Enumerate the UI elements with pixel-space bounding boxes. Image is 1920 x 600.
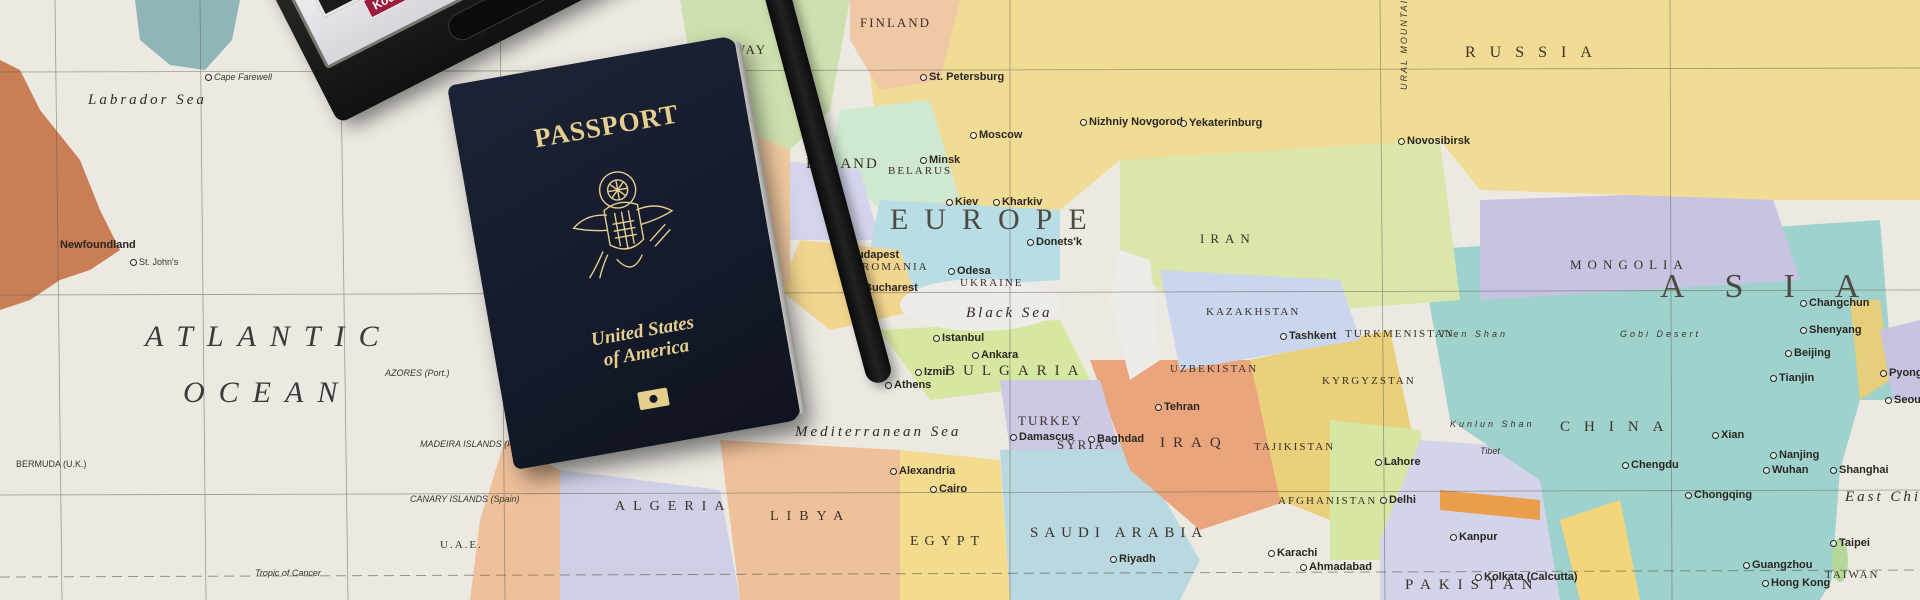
passport-country: United States of America <box>532 302 756 384</box>
city-baghdad: Baghdad <box>1088 434 1144 445</box>
label-turkey: BULGARIA <box>945 364 1087 379</box>
label-gobi-desert: Gobi Desert <box>1620 330 1701 339</box>
city-tianjin: Tianjin <box>1770 373 1814 384</box>
label-saudi-arabia: SAUDI ARABIA <box>1030 526 1208 541</box>
label-finland: FINLAND <box>860 16 931 29</box>
city-kiev: Kiev <box>946 197 978 208</box>
city-hong-kong: Hong Kong <box>1762 578 1830 589</box>
city-athens: Athens <box>885 380 931 391</box>
city-changchun: Changchun <box>1800 298 1870 309</box>
city-minsk: Minsk <box>920 155 960 166</box>
city-damascus: Damascus <box>1010 432 1074 443</box>
label-tropic-cancer: Tropic of Cancer <box>255 569 321 578</box>
city-donetsk: Donets'k <box>1027 237 1082 248</box>
city-odesa: Odesa <box>948 266 991 277</box>
label-western-sahara: U.A.E. <box>440 540 483 551</box>
biometric-chip-icon <box>637 387 670 410</box>
city-alexandria: Alexandria <box>890 466 955 477</box>
city-ahmadabad: Ahmadabad <box>1300 562 1372 573</box>
label-china: CHINA <box>1560 420 1678 435</box>
label-ukraine: UKRAINE <box>960 278 1024 289</box>
city-beijing: Beijing <box>1785 348 1831 359</box>
city-riyadh: Riyadh <box>1110 554 1156 565</box>
city-nizhniy-novgorod: Nizhniy Novgorod <box>1080 117 1183 128</box>
city-cairo: Cairo <box>930 484 967 495</box>
label-kunlun-shan: Kunlun Shan <box>1450 420 1535 429</box>
label-iran: IRAQ <box>1160 436 1229 451</box>
city-delhi: Delhi <box>1380 495 1416 506</box>
label-belarus: BELARUS <box>888 166 952 177</box>
label-tajikistan: KYRGYZSTAN <box>1322 376 1416 387</box>
label-mediterranean: Mediterranean Sea <box>795 425 961 440</box>
city-izmir: Izmir <box>915 367 950 378</box>
label-europe: EUROPE <box>890 205 1103 235</box>
label-newfoundland: Newfoundland <box>60 240 136 251</box>
label-uzbekistan: KAZAKHSTAN <box>1206 307 1300 318</box>
label-russia: RUSSIA <box>1465 45 1606 61</box>
map-labels: Labrador Sea ATLANTIC OCEAN AZORES (Port… <box>0 0 1920 600</box>
label-azores: AZORES (Port.) <box>385 369 450 378</box>
label-bermuda: BERMUDA (U.K.) <box>16 460 87 469</box>
label-mongolia: MONGOLIA <box>1570 258 1689 271</box>
city-kanpur: Kanpur <box>1450 532 1498 543</box>
label-libya: LIBYA <box>770 510 851 524</box>
city-istanbul: Istanbul <box>933 333 984 344</box>
label-algeria: ALGERIA <box>615 500 732 514</box>
city-guangzhou: Guangzhou <box>1743 560 1813 571</box>
city-taipei: Taipei <box>1830 538 1870 549</box>
label-turkmenistan: UZBEKISTAN <box>1170 364 1258 375</box>
eagle-seal-icon <box>560 159 689 296</box>
label-syria: TURKEY <box>1018 414 1083 427</box>
label-canary: CANARY ISLANDS (Spain) <box>410 495 520 504</box>
label-romania: ROMANIA <box>862 262 929 273</box>
city-st-petersburg: St. Petersburg <box>920 72 1004 83</box>
label-kazakhstan: IRAN <box>1200 232 1256 245</box>
label-pakistan: AFGHANISTAN <box>1278 496 1377 507</box>
label-black-sea: Black Sea <box>966 306 1053 321</box>
city-chengdu: Chengdu <box>1622 460 1679 471</box>
label-tibet: Tibet <box>1480 447 1500 456</box>
city-wuhan: Wuhan <box>1763 465 1808 476</box>
city-shanghai: Shanghai <box>1830 465 1889 476</box>
city-seoul: Seoul <box>1885 395 1920 406</box>
city-kolkata: Kolkata (Calcutta) <box>1475 572 1578 583</box>
city-tashkent: Tashkent <box>1280 331 1336 342</box>
kodak-logo: Kodak <box>363 0 417 18</box>
city-shenyang: Shenyang <box>1800 325 1862 336</box>
city-ankara: Ankara <box>972 350 1018 361</box>
label-atlantic: ATLANTIC <box>145 322 393 352</box>
passport-title: PASSPORT <box>495 92 717 161</box>
city-cape-farewell: Cape Farewell <box>205 73 272 82</box>
label-ural-mountains: URAL MOUNTAINS <box>1400 0 1409 90</box>
label-ocean: OCEAN <box>183 378 351 408</box>
city-chongqing: Chongqing <box>1685 490 1752 501</box>
label-kyrgyzstan: TURKMENISTAN <box>1345 329 1455 340</box>
city-xian: Xian <box>1712 430 1744 441</box>
city-lahore: Lahore <box>1375 457 1421 468</box>
label-afghanistan: TAJIKISTAN <box>1254 442 1335 453</box>
city-st-johns: St. John's <box>130 258 178 267</box>
city-karachi: Karachi <box>1268 548 1317 559</box>
city-kharkiv: Kharkiv <box>993 197 1042 208</box>
city-nanjing: Nanjing <box>1770 450 1819 461</box>
city-yekaterinburg: Yekaterinburg <box>1180 118 1262 129</box>
city-pyongyang: Pyongyang <box>1880 368 1920 379</box>
city-tehran: Tehran <box>1155 402 1200 413</box>
label-east-china-sea: East China Sea <box>1845 490 1920 505</box>
label-egypt: EGYPT <box>910 535 985 549</box>
city-moscow: Moscow <box>970 130 1022 141</box>
photo-scene: Labrador Sea ATLANTIC OCEAN AZORES (Port… <box>0 0 1920 600</box>
label-taiwan: TAIWAN <box>1825 570 1880 581</box>
city-novosibirsk: Novosibirsk <box>1398 136 1470 147</box>
label-tien-shan: Tien Shan <box>1440 330 1508 339</box>
label-labrador-sea: Labrador Sea <box>88 93 207 108</box>
